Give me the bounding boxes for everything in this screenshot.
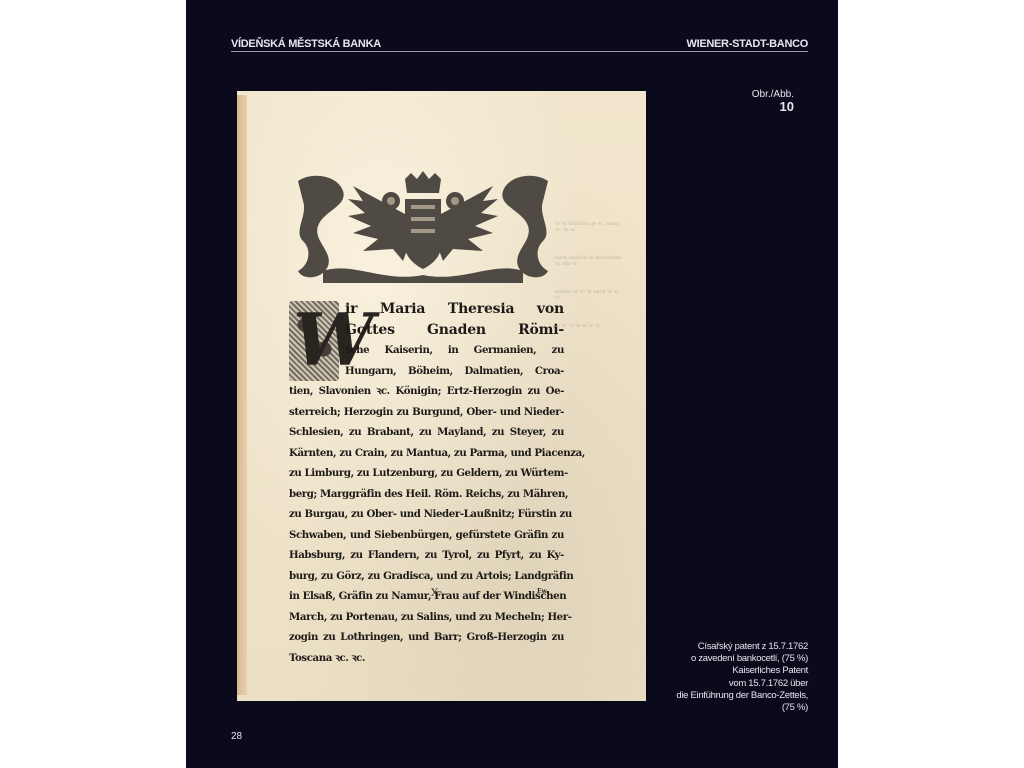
text-line: March, zu Portenau, zu Salins, und zu Me… bbox=[289, 607, 564, 628]
figure-label: Obr./Abb. 10 bbox=[752, 89, 794, 113]
caption-line: (75 %) bbox=[608, 702, 808, 714]
caption-line: die Einführung der Banco-Zettels, bbox=[608, 690, 808, 702]
text-line: berg; Marggräfin des Heil. Röm. Reichs, … bbox=[289, 484, 564, 505]
caption-line: vom 15.7.1762 über bbox=[608, 678, 808, 690]
text-line: in Elsaß, Gräfin zu Namur, Frau auf der … bbox=[289, 586, 564, 607]
text-line: sterreich; Herzogin zu Burgund, Ober- un… bbox=[289, 402, 564, 423]
text-line: ir Maria Theresia von bbox=[289, 299, 564, 320]
text-line: Habsburg, zu Flandern, zu Tyrol, zu Pfyr… bbox=[289, 545, 564, 566]
text-line: Schlesien, zu Brabant, zu Mayland, zu St… bbox=[289, 422, 564, 443]
bleed-through-text: ꝛc ꝛc brfohlm ge ꝛc. ꝛcmg ꝛc. ꝛc ꝛc nach… bbox=[555, 221, 625, 351]
book-page: VÍDEŇSKÁ MĚSTSKÁ BANKA WIENER-STADT-BANC… bbox=[186, 0, 838, 768]
document-image: ꝛc ꝛc brfohlm ge ꝛc. ꝛcmg ꝛc. ꝛc ꝛc nach… bbox=[237, 91, 646, 701]
header-title-czech: VÍDEŇSKÁ MĚSTSKÁ BANKA bbox=[231, 38, 381, 50]
text-line: Kärnten, zu Crain, zu Mantua, zu Parma, … bbox=[289, 443, 564, 464]
text-line: zu Limburg, zu Lutzenburg, zu Geldern, z… bbox=[289, 463, 564, 484]
text-line: burg, zu Görz, zu Gradisca, und zu Artoi… bbox=[289, 566, 564, 587]
caption-line: o zavedení bankocetlí, (75 %) bbox=[608, 653, 808, 665]
patent-text: ir Maria Theresia von Gottes Gnaden Römi… bbox=[289, 299, 564, 668]
double-eagle-emblem-icon bbox=[293, 171, 553, 286]
header-rule bbox=[231, 51, 808, 52]
catchword: Ew. bbox=[537, 588, 548, 595]
header-title-german: WIENER-STADT-BANCO bbox=[687, 38, 809, 50]
text-line: sche Kaiserin, in Germanien, zu bbox=[289, 340, 564, 361]
text-line: zogin zu Lothringen, und Barr; Groß-Herz… bbox=[289, 627, 564, 648]
page-number: 28 bbox=[231, 731, 242, 742]
text-line: zu Burgau, zu Ober- und Nieder-Laußnitz;… bbox=[289, 504, 564, 525]
text-line: Toscana ꝛc. ꝛc. bbox=[289, 648, 564, 669]
text-line: Gottes Gnaden Römi- bbox=[289, 320, 564, 341]
text-line: Hungarn, Böheim, Dalmatien, Croa- bbox=[289, 361, 564, 382]
text-line: tien, Slavonien ꝛc. Königin; Ertz-Herzog… bbox=[289, 381, 564, 402]
document-edge bbox=[237, 95, 247, 695]
signature-mark: X bbox=[431, 588, 438, 599]
figure-number: 10 bbox=[752, 101, 794, 113]
caption-line: Císařský patent z 15.7.1762 bbox=[608, 641, 808, 653]
figure-caption: Císařský patent z 15.7.1762 o zavedení b… bbox=[608, 641, 808, 714]
text-line: Schwaben, und Siebenbürgen, gefürstete G… bbox=[289, 525, 564, 546]
caption-line: Kaiserliches Patent bbox=[608, 665, 808, 677]
